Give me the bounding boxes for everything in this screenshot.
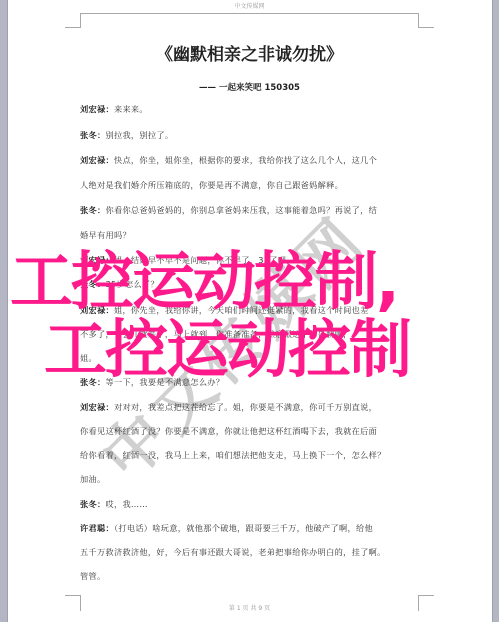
dialogue-text: 别拉我，别拉了。 (105, 130, 173, 140)
dialogue-text: 你看见这杯红酒了没？你要是不满意，你就让他把这杯红酒喝下去，我就在后面 (80, 426, 377, 436)
page-header-text: 中文传媒网 (0, 1, 499, 10)
dialogue-text: 对对对，我差点把这茬给忘了。姐，你要是不满意，你可千万别直说， (114, 402, 377, 412)
speaker-name: 刘宏禄： (80, 155, 114, 165)
dialogue-line: 刘宏禄：对对对，我差点把这茬给忘了。姐，你要是不满意，你可千万别直说， (80, 402, 377, 413)
dialogue-line: 给你看着，红酒一没，我马上上来，咱们想法把他支走，马上换下一个，怎么样？ (80, 450, 386, 461)
page-number: 第 1 页 共 9 页 (0, 603, 499, 612)
dialogue-line: 五千万救济救济他，好，今后有事还跟大哥说，老弟把事给你办明白的，挂了啊。 (80, 547, 386, 558)
dialogue-text: 五千万救济救济他，好，今后有事还跟大哥说，老弟把事给你办明白的，挂了啊。 (80, 547, 386, 557)
dialogue-line: 婚早有用吗？ (80, 230, 131, 241)
speaker-name: 刘宏禄： (80, 104, 114, 114)
dialogue-line: 张冬：别拉我，别拉了。 (80, 130, 173, 141)
dialogue-text: （打电话）啥玩意，就他那个破地，跟哥要三千万，他破产了啊，给他 (114, 523, 373, 533)
dialogue-text: 给你看着，红酒一没，我马上上来，咱们想法把他支走，马上换下一个，怎么样？ (80, 450, 386, 460)
viewer-left-border (0, 0, 8, 622)
footer-corner-left-h (65, 595, 81, 596)
dialogue-text: 来来来。 (114, 104, 148, 114)
dialogue-line: 人绝对是我们婚介所压箱底的，你要是再不满意，你自己跟爸妈解释。 (80, 180, 343, 191)
dialogue-line: 刘宏禄：来来来。 (80, 104, 148, 115)
dialogue-text: 加油。 (80, 474, 105, 484)
header-rule (80, 13, 418, 14)
speaker-name: 张冬： (80, 130, 105, 140)
speaker-name: 张冬： (80, 499, 105, 509)
dialogue-line: 张冬：哎，我…… (80, 499, 148, 510)
dialogue-text: 管管。 (80, 571, 105, 581)
speaker-name: 张冬： (80, 205, 105, 215)
speaker-name: 刘宏禄： (80, 402, 114, 412)
overlay-text-line-2: 工控运动控制 (44, 318, 410, 381)
overlay-text-line-1: 工控运动控制, (10, 250, 398, 313)
dialogue-text: 人绝对是我们婚介所压箱底的，你要是再不满意，你自己跟爸妈解释。 (80, 180, 343, 190)
header-corner-left-v (80, 13, 81, 27)
header-corner-right-v (418, 13, 419, 27)
dialogue-line: 管管。 (80, 571, 105, 582)
footer-corner-right-h (418, 595, 434, 596)
document-title: 《幽默相亲之非诚勿扰》 (0, 40, 499, 65)
dialogue-text: 婚早有用吗？ (80, 230, 131, 240)
dialogue-text: 哎，我…… (105, 499, 147, 509)
dialogue-line: 张冬：你看你总爸妈爸妈的，你别总拿爸妈来压我，这事能着急吗？再说了，结 (80, 205, 377, 216)
dialogue-line: 你看见这杯红酒了没？你要是不满意，你就让他把这杯红酒喝下去，我就在后面 (80, 426, 377, 437)
dialogue-line: 刘宏禄：快点，你坐，姐你坐，根据你的要求，我给你找了这么几个人，这几个 (80, 155, 377, 166)
document-subtitle: —— 一起来笑吧 150305 (0, 81, 499, 93)
header-corner-left-h (65, 27, 81, 28)
viewer-right-scrollbar[interactable] (492, 0, 499, 622)
dialogue-text: 你看你总爸妈爸妈的，你别总拿爸妈来压我，这事能着急吗？再说了，结 (105, 205, 377, 215)
speaker-name: 许君聪： (80, 523, 114, 533)
header-corner-right-h (418, 27, 434, 28)
dialogue-line: 加油。 (80, 474, 105, 485)
dialogue-text: 快点，你坐，姐你坐，根据你的要求，我给你找了这么几个人，这几个 (114, 155, 377, 165)
dialogue-line: 许君聪：（打电话）啥玩意，就他那个破地，跟哥要三千万，他破产了啊，给他 (80, 523, 373, 534)
